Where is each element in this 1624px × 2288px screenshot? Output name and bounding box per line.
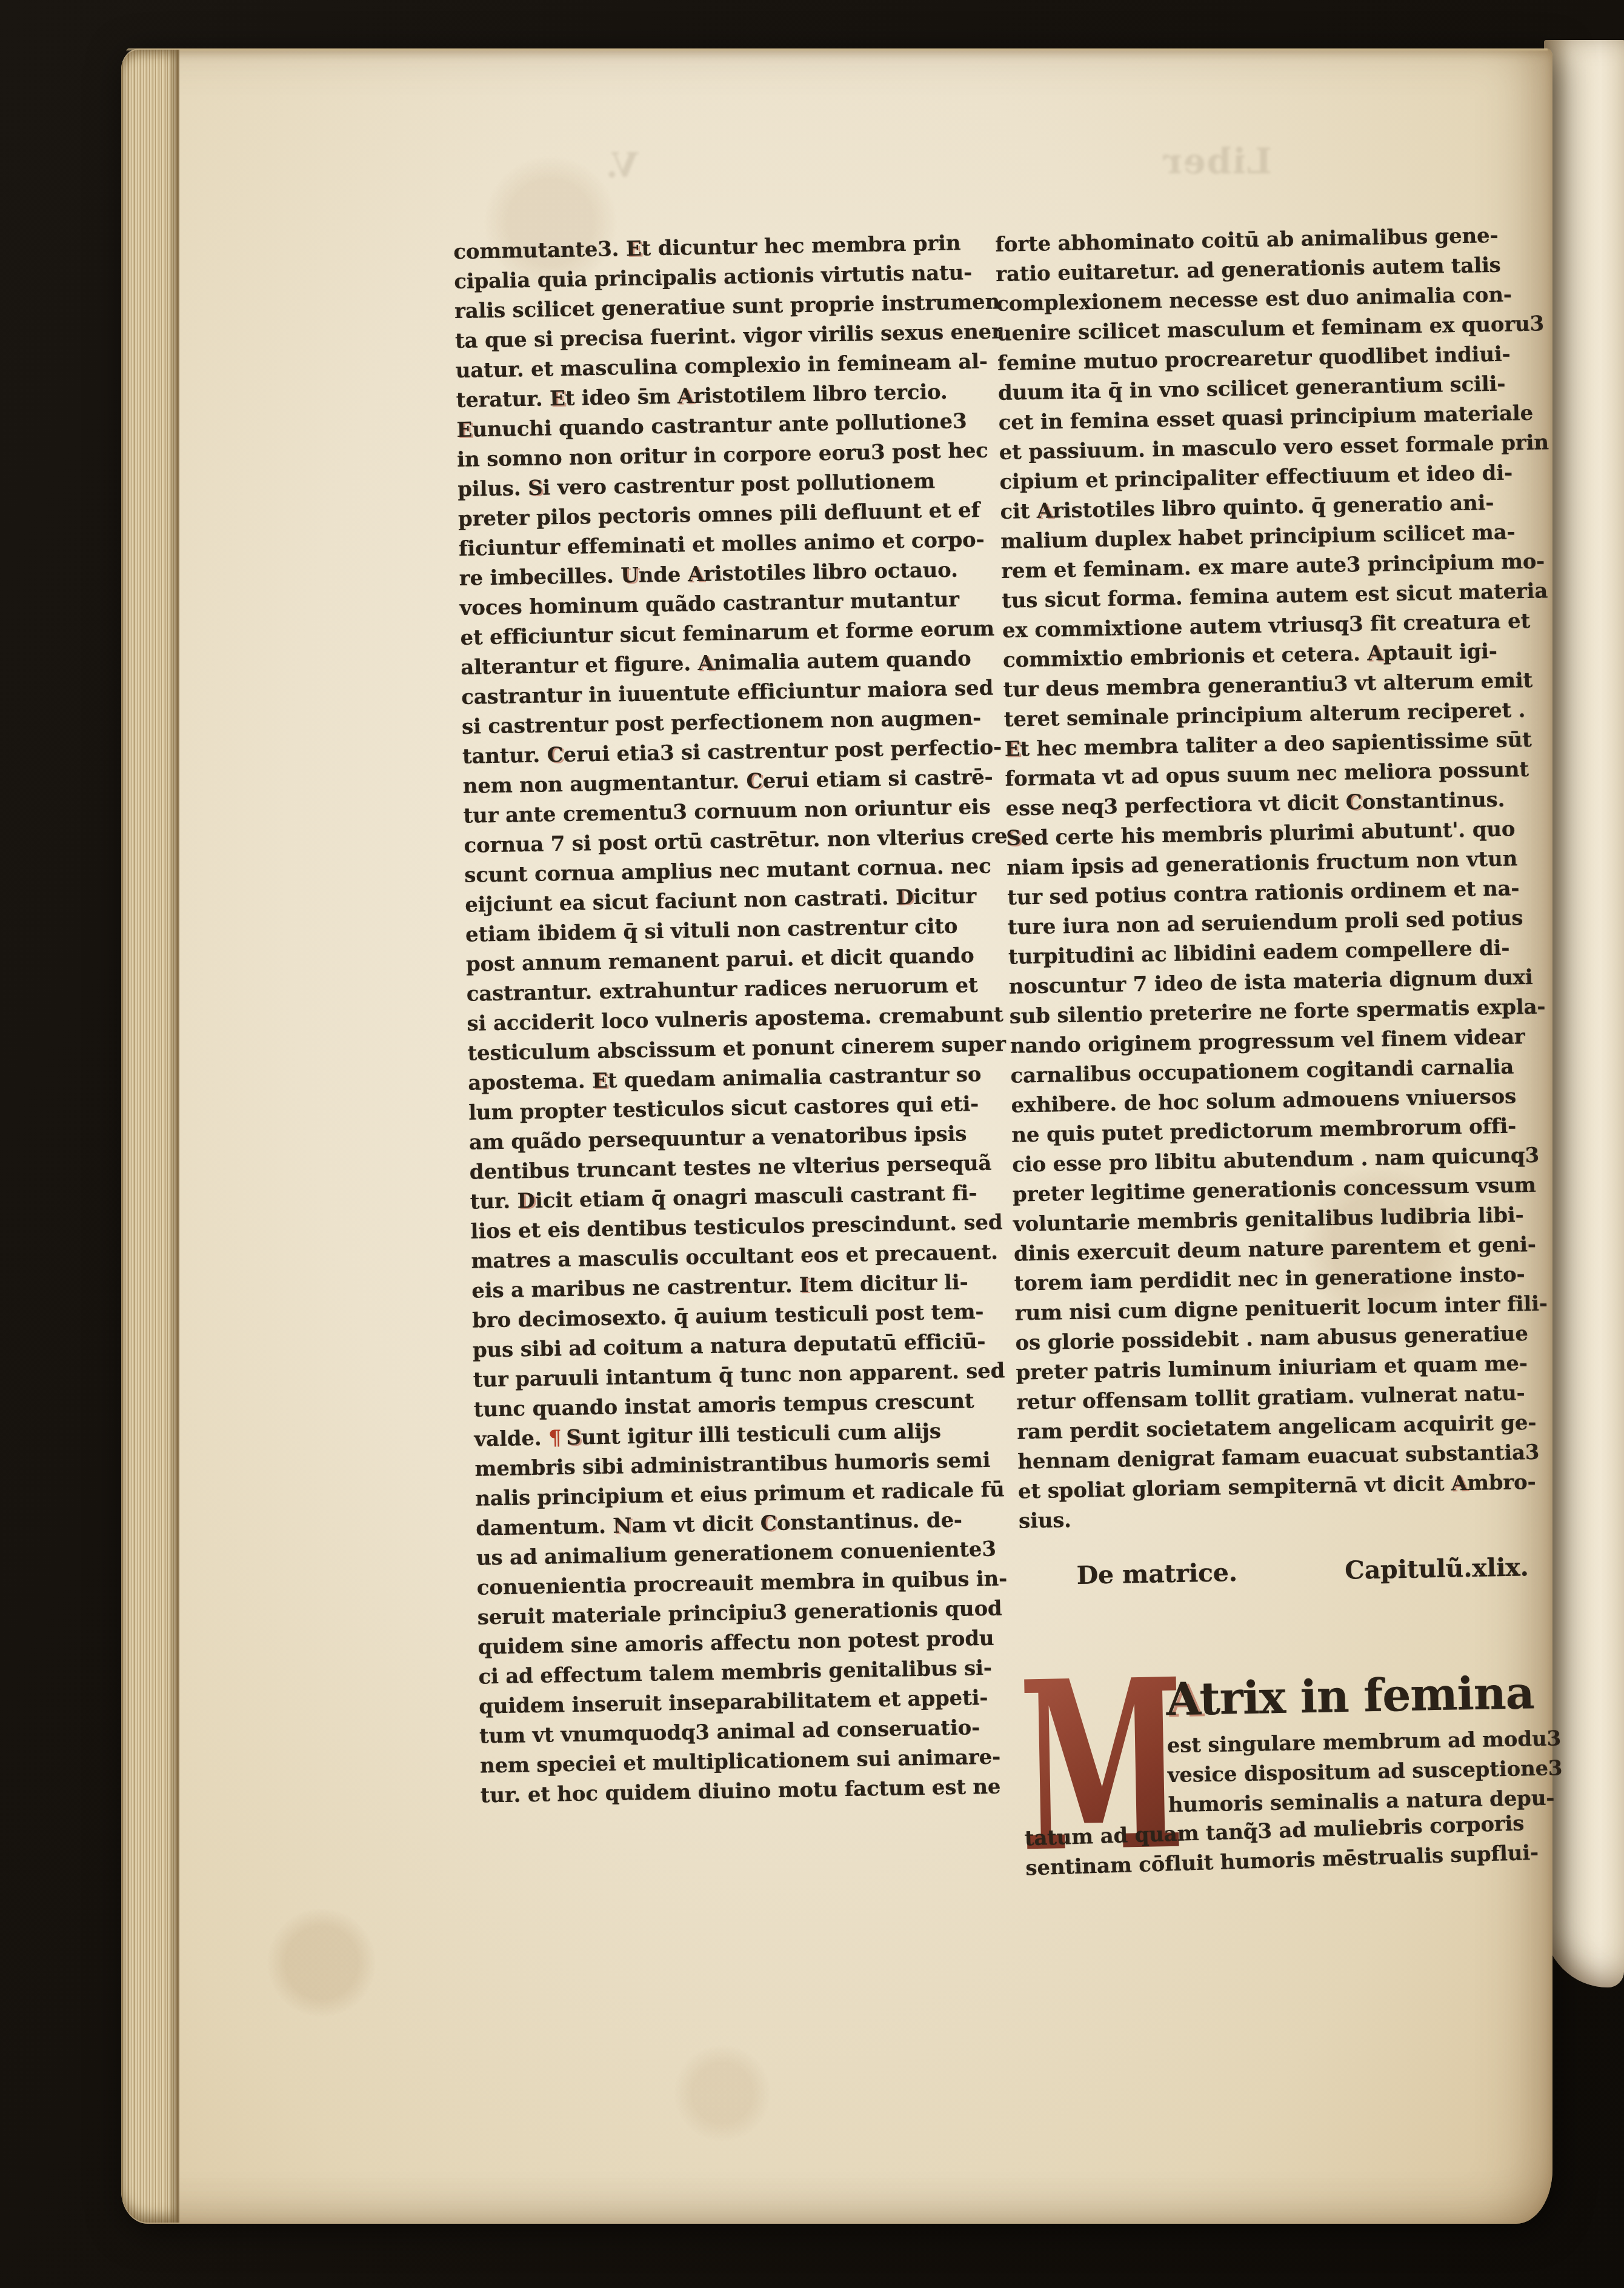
- chapter-title: De matrice.: [1076, 1555, 1237, 1592]
- chapter-number: Capitulũ.xlix.: [1345, 1550, 1529, 1588]
- left-text-column: commutante3. Et dicuntur hec membra prin…: [453, 228, 1021, 1811]
- right-text-column: forte abhominato coitū ab animalibus gen…: [995, 221, 1566, 1884]
- showthrough-numeral: V.: [606, 145, 638, 185]
- chapter-heading: De matrice. Capitulũ.xlix.: [1019, 1549, 1560, 1593]
- fore-edge-stack: [121, 50, 179, 2223]
- right-column-lines: forte abhominato coitū ab animalibus gen…: [995, 221, 1559, 1537]
- chapter-opening: M Atrix in femina est singulare membrum …: [1022, 1661, 1566, 1883]
- book-scan: V. Liber commutante3. Et dicuntur hec me…: [0, 0, 1624, 2288]
- showthrough-liber: Liber: [1162, 141, 1272, 182]
